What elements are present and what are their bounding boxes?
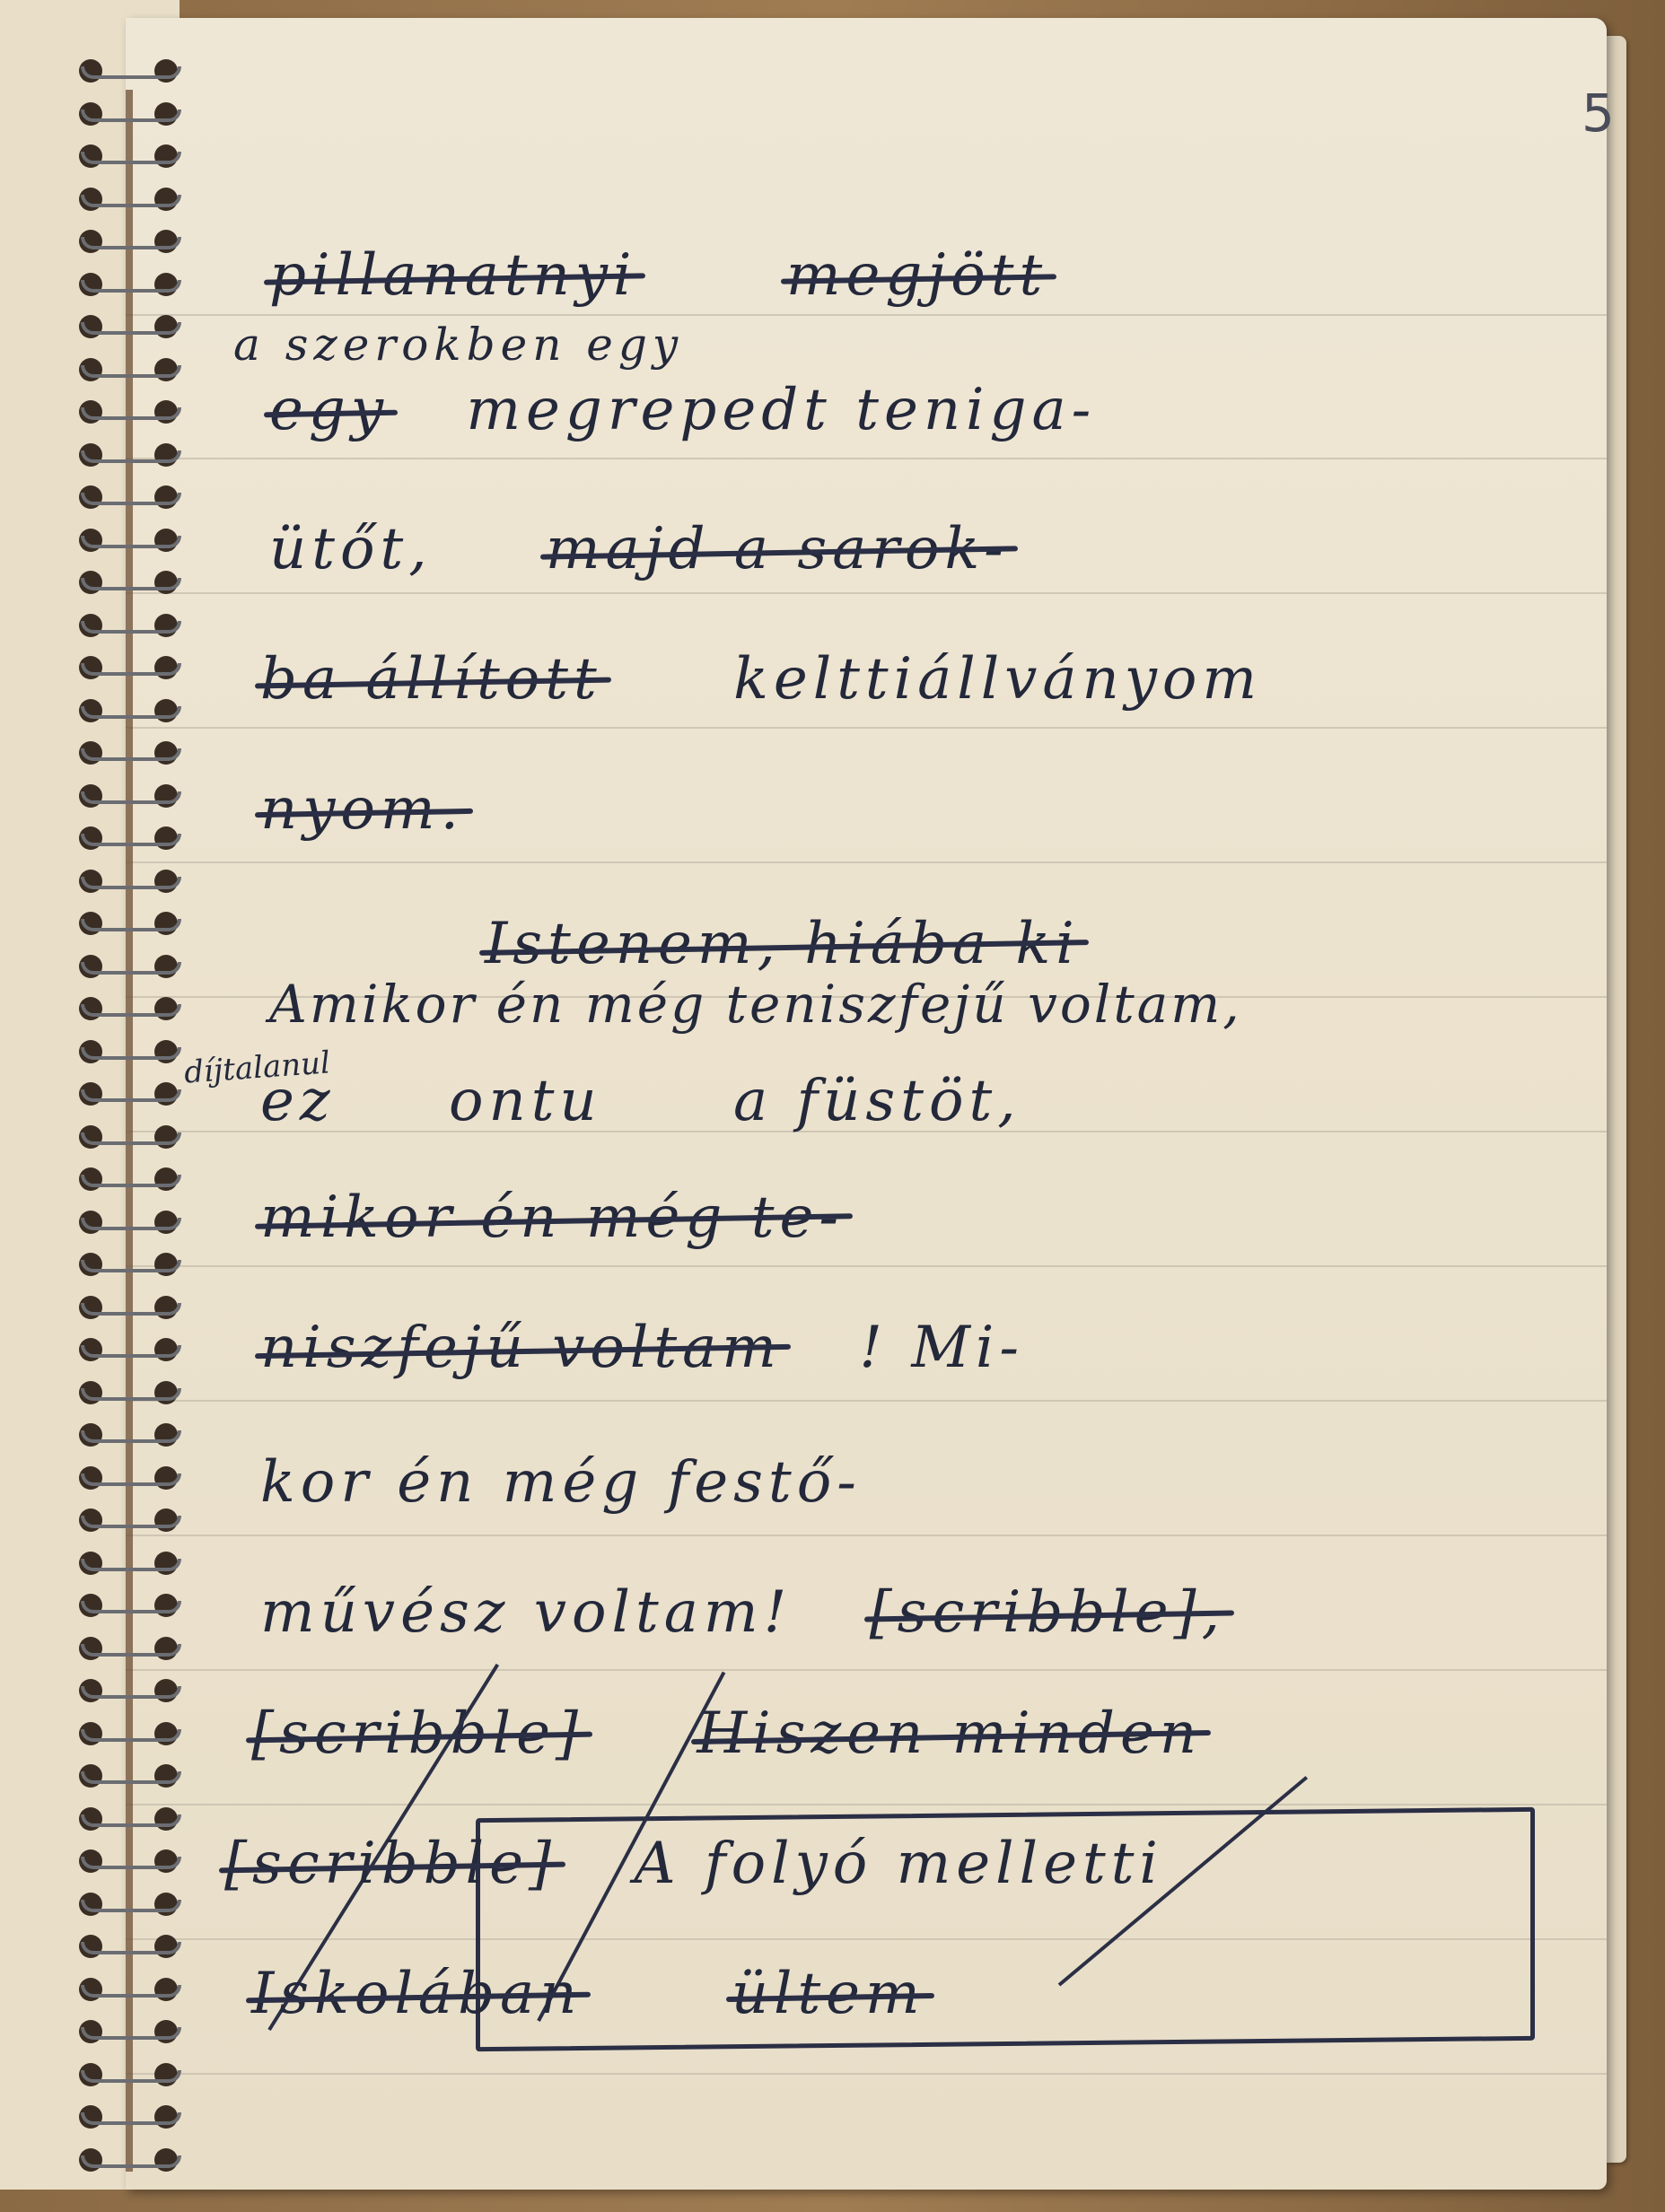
struck-text: pillanatnyi (269, 242, 636, 309)
ruled-line (126, 1400, 1607, 1402)
manuscript-line-10: mikor én még te- (260, 1185, 898, 1251)
spiral-coil (54, 906, 180, 942)
spiral-binding (54, 54, 180, 2190)
spiral-coil (54, 480, 180, 516)
handwritten-text: Amikor én még teniszfejű voltam, (269, 974, 1242, 1035)
ruled-line (126, 458, 1607, 459)
wire-loop (81, 1089, 181, 1102)
spiral-coil (54, 1631, 180, 1667)
wire-loop (81, 962, 181, 975)
struck-text: majd a sarok- (546, 516, 1009, 582)
struck-text: Istenem, hiába ki (485, 911, 1080, 977)
spiral-coil (54, 2143, 180, 2179)
wire-loop (81, 1900, 181, 1912)
manuscript-line-16: Iskolában ültem (251, 1961, 979, 2027)
spiral-coil (54, 1461, 180, 1497)
handwritten-text: művész voltam! (260, 1579, 792, 1646)
wire-loop (81, 663, 181, 676)
wire-loop (81, 877, 181, 889)
manuscript-line-6: nyom. (260, 776, 518, 843)
wire-loop (81, 1303, 181, 1316)
page-number: 5 (1582, 83, 1615, 144)
wire-loop (81, 2070, 181, 2083)
wire-loop (81, 1388, 181, 1401)
spiral-coil (54, 2100, 180, 2136)
spiral-coil (54, 992, 180, 1027)
spiral-coil (54, 1844, 180, 1880)
spiral-coil (54, 694, 180, 730)
wire-loop (81, 195, 181, 207)
wire-loop (81, 450, 181, 463)
manuscript-line-2-insertion: a szerokben egy (233, 319, 737, 371)
manuscript-line-7: Istenem, hiába ki (485, 911, 1134, 977)
wire-loop (81, 621, 181, 634)
underlying-pages-edge (1607, 36, 1626, 2163)
wire-loop (81, 706, 181, 719)
spiral-coil (54, 1887, 180, 1923)
wire-loop (81, 1857, 181, 1869)
spiral-coil (54, 139, 180, 175)
spiral-coil (54, 2058, 180, 2094)
wire-loop (81, 791, 181, 804)
wire-loop (81, 1430, 181, 1443)
handwritten-text: ütőt, (269, 516, 433, 582)
spiral-coil (54, 1376, 180, 1412)
wire-loop (81, 1004, 181, 1017)
ruled-line (126, 1265, 1607, 1267)
struck-text: mikor én még te- (260, 1185, 844, 1251)
spiral-coil (54, 1162, 180, 1198)
wire-loop (81, 1260, 181, 1272)
spiral-coil (54, 565, 180, 601)
spiral-coil (54, 608, 180, 644)
wire-loop (81, 2112, 181, 2125)
boxed-struck-text: ültem (732, 1961, 925, 2027)
manuscript-line-14: [scribble] Hiszen minden (251, 1701, 1256, 1767)
ruled-line (126, 2073, 1607, 2075)
manuscript-line-13: művész voltam! [scribble], (260, 1579, 1279, 1646)
ruled-line (126, 592, 1607, 594)
wire-loop (81, 1132, 181, 1145)
ruled-line (126, 861, 1607, 863)
wire-loop (81, 280, 181, 293)
spiral-coil (54, 97, 180, 133)
wire-loop (81, 1218, 181, 1230)
struck-text: nyom. (260, 776, 464, 843)
ruled-line (126, 1669, 1607, 1671)
wire-loop (81, 578, 181, 590)
spiral-coil (54, 1035, 180, 1071)
spiral-coil (54, 1674, 180, 1709)
wire-loop (81, 109, 181, 122)
spiral-coil (54, 353, 180, 389)
spiral-coil (54, 1333, 180, 1368)
boxed-struck-text: Iskolában (251, 1961, 582, 2027)
handwritten-text: ! Mi- (859, 1315, 1024, 1381)
ruled-line (126, 1534, 1607, 1536)
wire-loop (81, 1047, 181, 1060)
wire-loop (81, 1729, 181, 1742)
spiral-coil (54, 651, 180, 686)
spiral-coil (54, 395, 180, 431)
struck-text: niszfejű voltam (260, 1315, 782, 1381)
spiral-coil (54, 1588, 180, 1624)
spiral-coil (54, 1546, 180, 1582)
wire-loop (81, 2155, 181, 2168)
spiral-coil (54, 2015, 180, 2050)
struck-scribble: [scribble] (224, 1831, 556, 1897)
ruled-line (126, 314, 1607, 316)
spiral-coil (54, 1205, 180, 1241)
spiral-coil (54, 224, 180, 260)
handwritten-text: a füstöt, (733, 1068, 1021, 1134)
wire-loop (81, 1473, 181, 1486)
ruled-line (126, 727, 1607, 729)
wire-loop (81, 748, 181, 761)
boxed-text: A folyó melletti (634, 1831, 1163, 1897)
handwritten-text: ontu (449, 1068, 602, 1134)
struck-scribble: [scribble] (251, 1701, 583, 1767)
struck-text: Hiszen minden (697, 1701, 1202, 1767)
spiral-coil (54, 779, 180, 815)
spiral-coil (54, 1759, 180, 1795)
wire-loop (81, 322, 181, 335)
wire-loop (81, 1601, 181, 1613)
handwritten-text: ez (260, 1068, 336, 1134)
handwritten-text: kelttiállványom (733, 646, 1262, 713)
wire-loop (81, 493, 181, 505)
spiral-coil (54, 1972, 180, 2008)
spiral-coil (54, 821, 180, 857)
spiral-coil (54, 864, 180, 900)
wire-loop (81, 536, 181, 548)
wire-loop (81, 1516, 181, 1528)
spiral-coil (54, 1717, 180, 1753)
manuscript-line-4: ütőt, majd a sarok- (269, 516, 1063, 582)
spiral-coil (54, 310, 180, 345)
wire-loop (81, 1814, 181, 1827)
handwritten-text: megrepedt teniga- (466, 377, 1096, 443)
wire-loop (81, 1559, 181, 1571)
manuscript-line-12: kor én még festő- (260, 1449, 916, 1516)
manuscript-line-1: pillanatnyi megjött (269, 242, 1101, 309)
spiral-coil (54, 1290, 180, 1326)
manuscript-line-11: niszfejű voltam ! Mi- (260, 1315, 1078, 1381)
inserted-text: a szerokben egy (233, 319, 683, 371)
spiral-coil (54, 438, 180, 474)
spiral-coil (54, 736, 180, 772)
manuscript-line-15: [scribble] A folyó melletti (224, 1831, 1217, 1897)
manuscript-line-9: ez ontu a füstöt, (260, 1068, 1075, 1134)
struck-text: egy (269, 377, 389, 443)
spiral-coil (54, 1802, 180, 1838)
ruled-line (126, 1804, 1607, 1805)
wire-loop (81, 1985, 181, 1998)
struck-text: ba állított (260, 646, 602, 713)
spiral-coil (54, 267, 180, 303)
wire-loop (81, 1686, 181, 1699)
manuscript-line-5: ba állított kelttiállványom (260, 646, 1316, 713)
wire-loop (81, 1771, 181, 1784)
handwritten-text: kor én még festő- (260, 1449, 862, 1516)
struck-scribble: [scribble], (870, 1579, 1225, 1646)
spiral-coil (54, 54, 180, 90)
wire-loop (81, 66, 181, 79)
spiral-coil (54, 1120, 180, 1156)
wire-loop (81, 407, 181, 420)
spiral-coil (54, 1503, 180, 1539)
wire-loop (81, 1345, 181, 1358)
wire-loop (81, 834, 181, 846)
wire-loop (81, 152, 181, 164)
wire-loop (81, 1175, 181, 1187)
wire-loop (81, 2027, 181, 2040)
wire-loop (81, 919, 181, 931)
struck-text: megjött (786, 242, 1047, 309)
spiral-coil (54, 1077, 180, 1113)
spiral-coil (54, 182, 180, 218)
wire-loop (81, 1644, 181, 1657)
wire-loop (81, 1942, 181, 1954)
manuscript-line-3: egy megrepedt teniga- (269, 377, 1150, 443)
spiral-coil (54, 1247, 180, 1283)
spiral-coil (54, 523, 180, 559)
spiral-coil (54, 1929, 180, 1965)
wire-loop (81, 237, 181, 249)
manuscript-line-8: Amikor én még teniszfejű voltam, (269, 974, 1296, 1035)
spiral-coil (54, 1418, 180, 1454)
spiral-coil (54, 949, 180, 985)
wire-loop (81, 365, 181, 378)
